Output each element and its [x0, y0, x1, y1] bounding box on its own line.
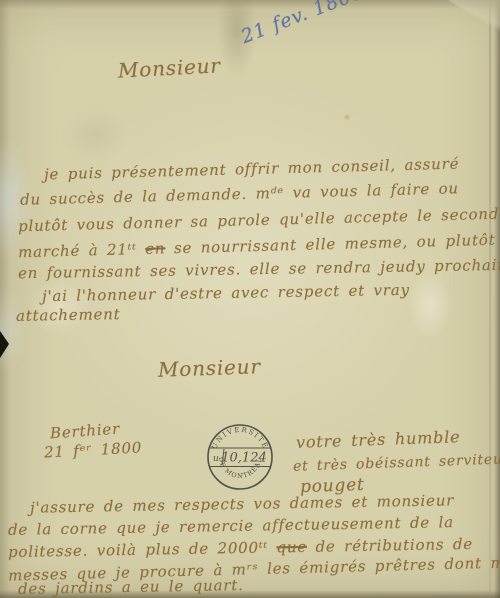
body-line: en fournissant ses vivres. elle se rendr…: [18, 256, 500, 283]
place: Berthier: [49, 420, 120, 443]
closing-line: et très obéissant serviteur: [293, 451, 500, 475]
postscript-line: des jardins a eu le quart.: [18, 576, 244, 598]
body-line-segment: marché à 21ᵗᵗ: [18, 240, 146, 261]
postscript-segment: politesse. voilà plus de 2000ᵗᵗ: [8, 538, 277, 561]
date: 21 fᵉʳ 1800: [44, 438, 143, 461]
salutation: Monsieur: [117, 53, 221, 82]
struck-word: que: [276, 538, 307, 557]
stamp-accession-number: 10,124: [221, 451, 267, 466]
universite-de-montreal-stamp: UNIVERSITÉ DE MONTRÉAL u 10,124: [203, 420, 277, 494]
folded-corner: [448, 0, 500, 31]
struck-word: en: [145, 239, 166, 258]
body-line: j'ai l'honneur d'estre avec respect et v…: [42, 281, 410, 305]
body-line: attachement: [16, 305, 121, 325]
closing-line: votre très humble: [296, 427, 461, 452]
stamp-handwritten-prefix: u: [213, 454, 219, 464]
svg-text:UNIVERSITÉ: UNIVERSITÉ: [210, 426, 270, 451]
letter-page: 21 fev. 1800 Monsieur je puis présenteme…: [0, 0, 500, 598]
paper-crease: [489, 0, 491, 598]
stamp-top-text: UNIVERSITÉ: [210, 426, 270, 451]
scan-artifact-black-wedge: [0, 331, 9, 358]
body-line: je puis présentement offrir mon conseil,…: [44, 155, 460, 184]
address-monsieur: Monsieur: [158, 354, 262, 382]
postscript-line: de la corne que je remercie affectueusem…: [8, 513, 454, 539]
body-line: plutôt vous donner sa parole qu'elle acc…: [18, 205, 500, 236]
body-line: du succès de la demande. mᵈᵉ va vous la …: [20, 179, 459, 208]
postscript-segment: de rétributions de: [307, 535, 473, 556]
postscript-line: j'assure de mes respects vos dames et mo…: [30, 491, 454, 516]
pencil-date-annotation: 21 fev. 1800: [238, 0, 367, 48]
body-line-segment: se nourrissant elle mesme, ou plutôt: [165, 231, 496, 258]
